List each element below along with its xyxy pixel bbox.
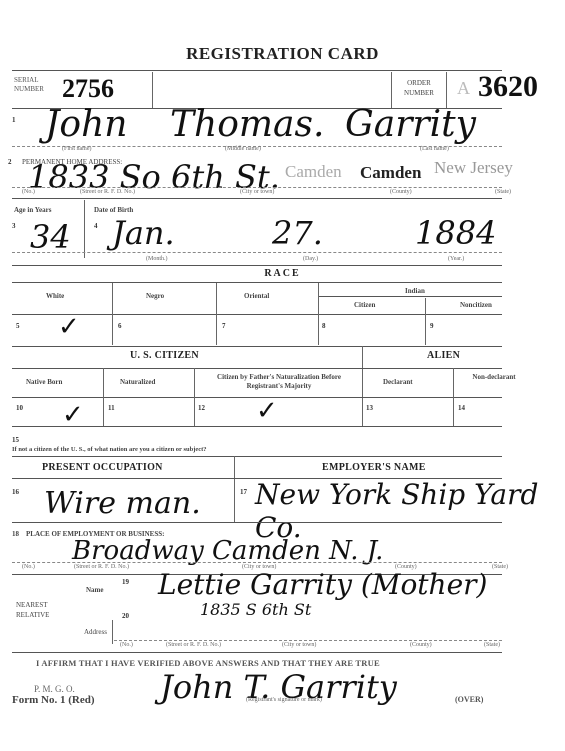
divider xyxy=(391,72,392,108)
field-number: 4 xyxy=(94,222,98,230)
caption: (No.) xyxy=(22,189,35,195)
caption: (County) xyxy=(390,189,412,195)
field-number: 18 xyxy=(12,530,19,538)
field-number: 12 xyxy=(198,404,205,412)
employer-header: EMPLOYER'S NAME xyxy=(322,462,426,473)
birth-month: Jan. xyxy=(112,214,175,252)
caption: (Street or R. F. D. No.) xyxy=(74,564,129,570)
race-indian-label: Indian xyxy=(405,287,425,295)
race-indian-noncitizen-label: Noncitizen xyxy=(460,301,492,309)
caption: (State) xyxy=(492,564,508,570)
field-number: 17 xyxy=(240,488,247,496)
caption: (No.) xyxy=(120,642,133,648)
caption: (Last name) xyxy=(420,146,449,152)
alien-header: ALIEN xyxy=(427,350,460,361)
divider xyxy=(84,200,85,258)
caption: (City or town) xyxy=(240,189,274,195)
relative-address-label: Address xyxy=(84,628,107,636)
divider xyxy=(12,522,502,523)
state-stamp: New Jersey xyxy=(434,158,513,178)
divider xyxy=(12,282,502,283)
divider xyxy=(362,346,363,426)
divider xyxy=(12,198,502,199)
race-oriental-label: Oriental xyxy=(244,292,269,300)
signature-caption: (Registrant's signature or mark) xyxy=(246,697,322,703)
caption: (Street or R. F. D. No.) xyxy=(166,642,221,648)
caption: (County) xyxy=(410,642,432,648)
field-number: 9 xyxy=(430,322,434,330)
serial-number: 2756 xyxy=(62,74,114,104)
field-number: 6 xyxy=(118,322,122,330)
field-number: 2 xyxy=(8,158,12,166)
divider xyxy=(12,314,502,315)
first-name: John xyxy=(45,104,127,145)
field-number: 5 xyxy=(16,322,20,330)
divider xyxy=(152,72,153,108)
divider xyxy=(103,368,104,426)
city-stamp: Camden xyxy=(285,162,342,182)
field-number: 20 xyxy=(122,612,129,620)
middle-name: Thomas. xyxy=(170,104,324,145)
birth-label: Date of Birth xyxy=(94,206,133,214)
relative-name-value: Lettie Garrity (Mother) xyxy=(158,568,487,601)
declarant-label: Declarant xyxy=(383,378,413,386)
caption: (Year.) xyxy=(448,256,464,262)
race-indian-citizen-label: Citizen xyxy=(354,301,375,309)
divider xyxy=(112,283,113,345)
card-title: REGISTRATION CARD xyxy=(0,44,565,64)
citizen-by-father-label: Citizen by Father's Naturalization Befor… xyxy=(204,373,354,391)
caption: (Month.) xyxy=(146,256,168,262)
field-number: 7 xyxy=(222,322,226,330)
divider xyxy=(194,368,195,426)
divider xyxy=(12,562,502,563)
non-declarant-label: Non-declarant xyxy=(466,373,522,382)
field-number: 15 xyxy=(12,436,19,444)
divider xyxy=(318,283,319,345)
naturalized-label: Naturalized xyxy=(120,378,155,386)
divider xyxy=(114,640,502,641)
race-white-label: White xyxy=(46,292,64,300)
race-white-checkmark: ✓ xyxy=(58,312,80,342)
order-number: 3620 xyxy=(478,70,538,104)
field-number: 11 xyxy=(108,404,115,412)
caption: (Street or R. F. D. No.) xyxy=(80,189,135,195)
divider xyxy=(234,456,235,522)
divider xyxy=(12,346,502,347)
race-header: RACE xyxy=(0,268,565,279)
field-number: 13 xyxy=(366,404,373,412)
field-number: 14 xyxy=(458,404,465,412)
caption: (City or town) xyxy=(282,642,316,648)
relative-address-value: 1835 S 6th St xyxy=(200,600,311,619)
field-number: 10 xyxy=(16,404,23,412)
us-citizen-header: U. S. CITIZEN xyxy=(130,350,199,361)
nation-label: If not a citizen of the U. S., of what n… xyxy=(12,446,207,453)
divider xyxy=(318,296,502,297)
divider xyxy=(12,252,502,253)
divider xyxy=(446,72,447,108)
field-number: 16 xyxy=(12,488,19,496)
race-negro-label: Negro xyxy=(146,292,164,300)
divider xyxy=(12,70,502,71)
caption: (No.) xyxy=(22,564,35,570)
order-prefix: A xyxy=(457,78,470,99)
divider xyxy=(112,620,113,644)
over-label: (OVER) xyxy=(455,695,483,704)
birth-year: 1884 xyxy=(415,214,496,252)
last-name: Garrity xyxy=(345,104,476,145)
employer-value: New York Ship Yard Co. xyxy=(255,478,565,544)
serial-label: SERIAL NUMBER xyxy=(14,76,60,94)
divider xyxy=(12,265,502,266)
occupation-header: PRESENT OCCUPATION xyxy=(42,462,163,473)
affirmation-text: I AFFIRM THAT I HAVE VERIFIED ABOVE ANSW… xyxy=(36,658,380,668)
county-stamp: Camden xyxy=(360,163,421,183)
relative-name-label: Name xyxy=(86,586,104,594)
age-label: Age in Years xyxy=(14,206,51,214)
divider xyxy=(453,368,454,426)
field-number: 1 xyxy=(12,116,16,124)
divider xyxy=(12,187,502,188)
caption: (Day.) xyxy=(303,256,318,262)
divider xyxy=(12,456,502,457)
caption: (First name) xyxy=(62,146,92,152)
caption: (State) xyxy=(495,189,511,195)
native-born-label: Native Born xyxy=(26,378,62,386)
field-number: 3 xyxy=(12,222,16,230)
field-number: 19 xyxy=(122,578,129,586)
birth-day: 27. xyxy=(272,214,323,252)
citizen-by-father-checkmark: ✓ xyxy=(256,396,278,426)
caption: (Middle name) xyxy=(225,146,261,152)
nearest-relative-label: NEAREST RELATIVE xyxy=(16,600,76,620)
divider xyxy=(12,368,502,369)
divider xyxy=(12,426,502,427)
field-number: 8 xyxy=(322,322,326,330)
form-code: P. M. G. O. xyxy=(34,684,75,694)
order-label: ORDER NUMBER xyxy=(396,78,442,98)
divider xyxy=(12,652,502,653)
caption: (State) xyxy=(484,642,500,648)
divider xyxy=(216,283,217,345)
form-name: Form No. 1 (Red) xyxy=(12,694,94,706)
age-value: 34 xyxy=(30,218,71,256)
divider xyxy=(425,298,426,345)
occupation-value: Wire man. xyxy=(44,486,201,521)
